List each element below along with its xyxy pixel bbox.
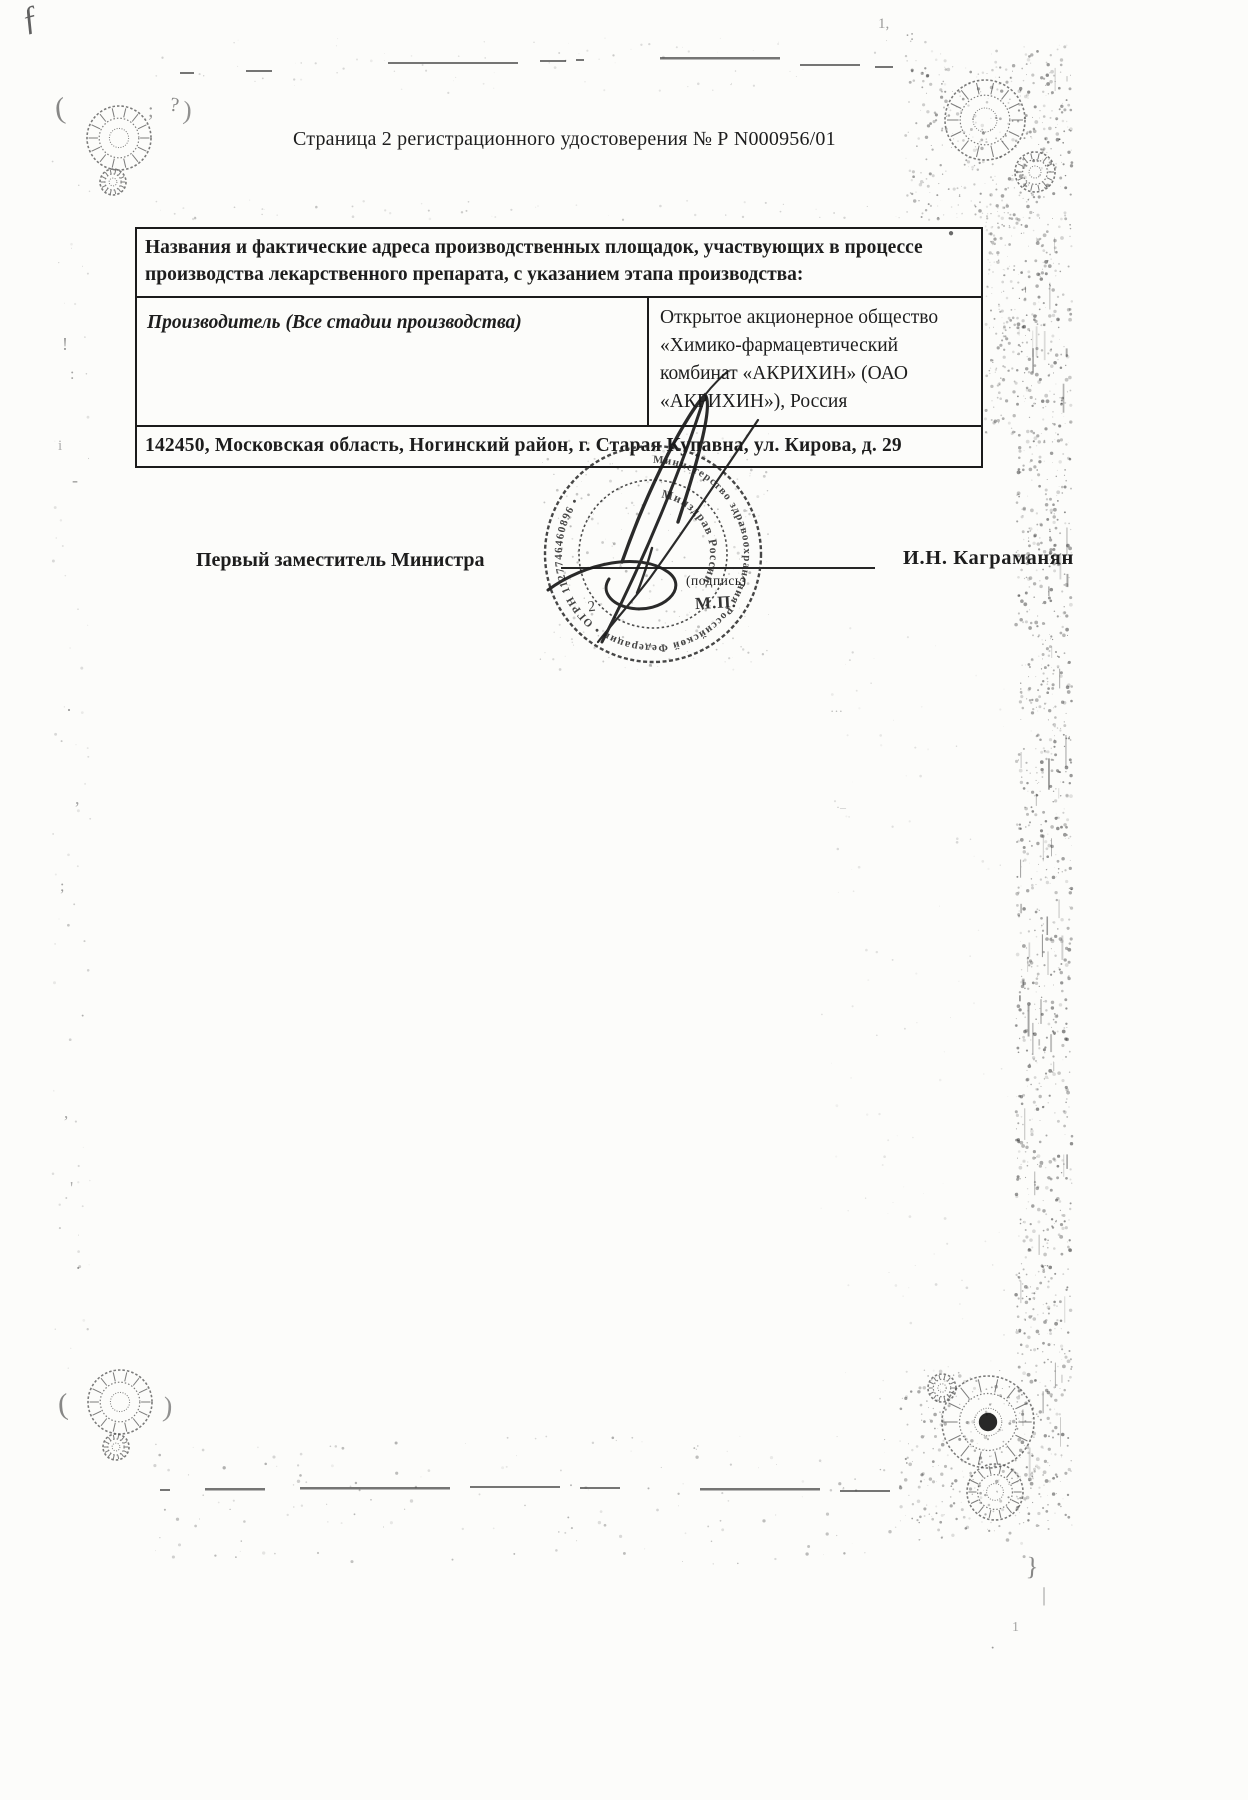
producer-row: Производитель (Все стадии производства) …	[137, 298, 981, 425]
stamp-outer-ring	[545, 446, 761, 662]
scan-artifact-glyph: .	[76, 1253, 81, 1274]
ministry-round-stamp: Министерство здравоохранения Российской …	[536, 437, 770, 671]
svg-text:Министерство здравоохранения Р: Министерство здравоохранения Российской …	[553, 454, 753, 654]
scan-artifact-glyph: …	[830, 700, 843, 716]
stamp-inner-text: Минздрав России	[660, 487, 721, 587]
scan-artifact-glyph: ?	[168, 93, 180, 117]
scan-artifact-glyph: ,	[75, 788, 80, 809]
producer-label-cell: Производитель (Все стадии производства)	[137, 298, 649, 425]
scan-artifact-glyph: (	[53, 92, 66, 127]
scan-artifact-glyph: ƒ	[18, 0, 44, 39]
stamp-inner-ring	[579, 480, 727, 628]
scan-artifact-glyph: ·–	[836, 800, 846, 815]
scan-artifact-glyph: )	[182, 96, 193, 127]
producer-value-cell: Открытое акционерное общество «Химико-фа…	[649, 298, 981, 425]
scan-artifact-glyph: ·	[990, 1640, 995, 1658]
scan-artifact-glyph: ,	[64, 1103, 68, 1123]
stamp-ring-text: Министерство здравоохранения Российской …	[553, 454, 753, 654]
page-title: Страница 2 регистрационного удостоверени…	[293, 128, 836, 151]
scan-artifact-glyph: '	[70, 1178, 73, 1199]
scanned-certificate-page: Страница 2 регистрационного удостоверени…	[0, 0, 1248, 1800]
signatory-title: Первый заместитель Министра	[196, 549, 485, 572]
scan-artifact-glyph: ;	[60, 878, 64, 896]
scan-artifact-glyph: }	[1025, 1552, 1039, 1583]
scan-artifact-glyph: ·:	[905, 28, 914, 45]
scan-artifact-glyph: ·	[66, 700, 72, 721]
signatory-name: И.Н. Каграманян	[903, 547, 1074, 570]
scan-artifact-glyph: -	[72, 470, 78, 491]
scan-artifact-glyph: ;	[148, 100, 154, 123]
scan-artifact-glyph: )	[162, 1392, 174, 1425]
scan-artifact-glyph: |	[1042, 1584, 1046, 1607]
scan-artifact-glyph: i	[58, 438, 62, 455]
scan-artifact-glyph: 1	[1012, 1620, 1019, 1636]
table-header: Названия и фактические адреса производст…	[137, 229, 981, 298]
production-sites-table: Названия и фактические адреса производст…	[135, 227, 983, 468]
scan-artifact-glyph: ·	[80, 1008, 85, 1026]
svg-text:Минздрав России: Минздрав России	[660, 487, 721, 587]
scan-artifact-glyph: :	[70, 366, 74, 384]
scan-artifact-glyph: 1,	[878, 16, 889, 33]
scan-artifact-glyph: !	[62, 334, 68, 355]
scan-artifact-glyph: (	[57, 1388, 69, 1423]
